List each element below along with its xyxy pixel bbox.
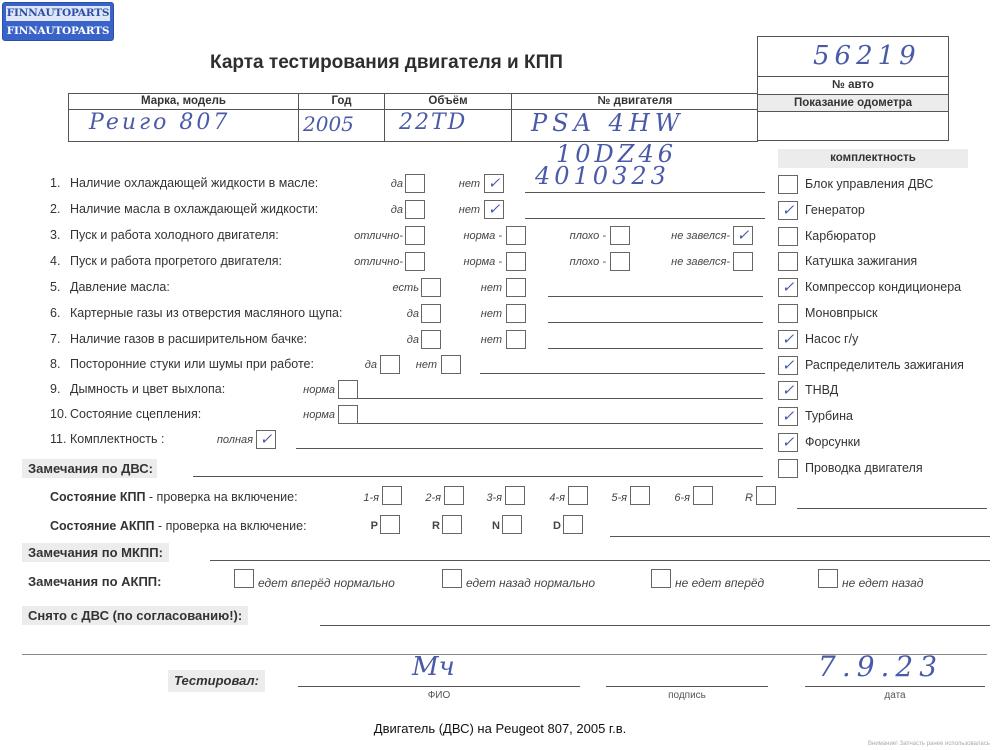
date-line — [805, 686, 985, 687]
option-label: норма - — [463, 256, 502, 268]
removed-line[interactable] — [320, 625, 990, 626]
check-mark-icon: ✓ — [257, 431, 275, 448]
checkbox-3-2[interactable] — [506, 226, 526, 245]
checkbox-6-2[interactable] — [506, 304, 526, 323]
name-line — [298, 686, 580, 687]
remarks-engine-line[interactable] — [193, 476, 763, 477]
option-label: плохо - — [570, 230, 606, 242]
tested-by-name[interactable]: Мч — [412, 652, 455, 682]
option-label: нет — [459, 204, 480, 216]
checkbox-3-3[interactable] — [610, 226, 630, 245]
option-label: не завелся- — [671, 256, 730, 268]
gear-label: 5-я — [611, 492, 627, 504]
completeness-item-label: Форсунки — [805, 435, 860, 449]
checklist-row-label: Посторонние стуки или шумы при работе: — [70, 357, 314, 371]
gear-label: 4-я — [549, 492, 565, 504]
logo-line-1: FINNAUTOPARTS — [6, 6, 110, 21]
auto-gearbox-label-rest: - проверка на включение: — [154, 519, 306, 533]
checkbox-1-2[interactable]: ✓ — [484, 174, 504, 193]
name-caption: ФИО — [298, 690, 580, 701]
notes-line[interactable] — [358, 423, 763, 424]
completeness-checkbox[interactable] — [778, 175, 798, 194]
notes-line[interactable] — [525, 192, 765, 193]
check-mark-icon: ✓ — [779, 279, 797, 296]
manual-gear-checkbox[interactable] — [444, 486, 464, 505]
completeness-checkbox[interactable] — [778, 459, 798, 478]
checklist-row-number: 4. — [50, 254, 60, 268]
option-label: отлично- — [354, 256, 403, 268]
manual-gear-checkbox[interactable] — [382, 486, 402, 505]
checkbox-5-1[interactable] — [421, 278, 441, 297]
gear-label: 2-я — [425, 492, 441, 504]
auto-gear-checkbox[interactable] — [563, 515, 583, 534]
checkbox-7-1[interactable] — [421, 330, 441, 349]
checklist-row-number: 1. — [50, 176, 60, 190]
option-label: есть — [393, 282, 419, 294]
completeness-checkbox[interactable]: ✓ — [778, 330, 798, 349]
checklist-row-number: 5. — [50, 280, 60, 294]
option-label: норма — [303, 384, 335, 396]
image-caption: Двигатель (ДВС) на Peugeot 807, 2005 г.в… — [0, 721, 1000, 736]
option-label: нет — [481, 282, 502, 294]
completeness-checkbox[interactable]: ✓ — [778, 381, 798, 400]
completeness-checkbox[interactable]: ✓ — [778, 407, 798, 426]
checklist-row-label: Пуск и работа холодного двигателя: — [70, 228, 279, 242]
notes-line[interactable] — [548, 296, 763, 297]
manual-gearbox-label-rest: - проверка на включение: — [145, 490, 297, 504]
check-mark-icon: ✓ — [734, 227, 752, 244]
option-label: норма - — [463, 230, 502, 242]
checkbox-4-1[interactable] — [405, 252, 425, 271]
option-label: нет — [416, 359, 437, 371]
checkbox-3-1[interactable] — [405, 226, 425, 245]
watermark-text: Внимание! Запчасть ранее использовалась — [868, 741, 990, 747]
gear-label: 1-я — [363, 492, 379, 504]
col-header-year: Год — [299, 95, 384, 107]
signature-line[interactable] — [606, 686, 768, 687]
checklist-row-number: 2. — [50, 202, 60, 216]
remarks-manual-label: Замечания по МКПП: — [22, 543, 169, 562]
completeness-item-label: Карбюратор — [805, 229, 876, 243]
auto-gear-checkbox[interactable] — [442, 515, 462, 534]
tested-by-label-bg: Тестировал: — [168, 670, 265, 692]
completeness-checkbox[interactable] — [778, 227, 798, 246]
finnautoparts-logo: FINNAUTOPARTS FINNAUTOPARTS — [2, 2, 114, 41]
completeness-checkbox[interactable]: ✓ — [778, 201, 798, 220]
auto-number-box: 56219 № авто Показание одометра — [757, 36, 949, 141]
option-label: норма — [303, 409, 335, 421]
checklist-row-label: Комплектность : — [70, 432, 164, 446]
date-caption: дата — [805, 690, 985, 701]
checkbox-11-1[interactable]: ✓ — [256, 430, 276, 449]
manual-gear-checkbox[interactable] — [505, 486, 525, 505]
checkbox-8-2[interactable] — [441, 355, 461, 374]
option-label: нет — [481, 308, 502, 320]
checkbox-3-4[interactable]: ✓ — [733, 226, 753, 245]
option-label: полная — [217, 434, 253, 446]
manual-gear-checkbox[interactable] — [693, 486, 713, 505]
auto-remark-checkbox[interactable] — [818, 569, 838, 588]
engine-number-extra-2: 4010323 — [535, 162, 670, 190]
col-header-make-model: Марка, модель — [69, 95, 298, 107]
option-label: да — [391, 204, 403, 216]
completeness-item-label: Катушка зажигания — [805, 254, 917, 268]
check-mark-icon: ✓ — [779, 434, 797, 451]
gear-label: R — [432, 520, 440, 532]
checklist-row-number: 8. — [50, 357, 60, 371]
option-label: отлично- — [354, 230, 403, 242]
gear-label: P — [371, 520, 378, 532]
checkbox-4-2[interactable] — [506, 252, 526, 271]
completeness-checkbox[interactable]: ✓ — [778, 356, 798, 375]
checkbox-2-2[interactable]: ✓ — [484, 200, 504, 219]
auto-gearbox-label-bold: Состояние АКПП — [50, 519, 154, 533]
completeness-item-label: Проводка двигателя — [805, 461, 923, 475]
completeness-item-label: ТНВД — [805, 383, 838, 397]
auto-gearbox-line — [610, 536, 990, 537]
signature-caption: подпись — [606, 690, 768, 701]
notes-line[interactable] — [296, 448, 763, 449]
manual-gear-checkbox[interactable] — [756, 486, 776, 505]
checklist-row-label: Дымность и цвет выхлопа: — [70, 382, 225, 396]
remarks-engine-label: Замечания по ДВС: — [22, 459, 157, 478]
completeness-item-label: Моновпрыск — [805, 306, 877, 320]
completeness-checkbox[interactable] — [778, 304, 798, 323]
check-mark-icon: ✓ — [779, 408, 797, 425]
checkbox-7-2[interactable] — [506, 330, 526, 349]
odometer-label: Показание одометра — [758, 95, 948, 111]
completeness-item-label: Распределитель зажигания — [805, 358, 964, 372]
completeness-item-label: Генератор — [805, 203, 865, 217]
col-header-volume: Объём — [385, 95, 511, 107]
check-mark-icon: ✓ — [485, 175, 503, 192]
auto-remark-checkbox[interactable] — [234, 569, 254, 588]
completeness-checkbox[interactable]: ✓ — [778, 278, 798, 297]
notes-line[interactable] — [548, 322, 763, 323]
year-value[interactable]: 2005 — [303, 112, 354, 136]
col-header-engine-number: № двигателя — [512, 95, 758, 107]
checklist-row-label: Картерные газы из отверстия масляного щу… — [70, 306, 342, 320]
checkbox-6-1[interactable] — [421, 304, 441, 323]
checklist-row-number: 11. — [50, 432, 66, 446]
remarks-manual-line[interactable] — [210, 560, 990, 561]
gear-label: R — [745, 492, 753, 504]
checklist-row-number: 6. — [50, 306, 60, 320]
manual-gearbox-line — [797, 508, 987, 509]
manual-gear-checkbox[interactable] — [630, 486, 650, 505]
auto-number-label: № авто — [758, 79, 948, 91]
gear-label: D — [553, 520, 561, 532]
completeness-item-label: Компрессор кондиционера — [805, 280, 961, 294]
manual-gear-checkbox[interactable] — [568, 486, 588, 505]
completeness-item-label: Блок управления ДВС — [805, 177, 933, 191]
option-label: да — [365, 359, 377, 371]
check-mark-icon: ✓ — [779, 382, 797, 399]
auto-remark-label: не едет вперёд — [675, 576, 764, 590]
manual-gearbox-label-bold: Состояние КПП — [50, 490, 145, 504]
option-label: нет — [481, 334, 502, 346]
checklist-row-number: 10. — [50, 407, 67, 421]
odometer-value[interactable] — [764, 115, 942, 137]
option-label: не завелся- — [671, 230, 730, 242]
checkbox-2-1[interactable] — [405, 200, 425, 219]
manual-gearbox-label: Состояние КПП - проверка на включение: — [50, 490, 298, 504]
checklist-row-label: Пуск и работа прогретого двигателя: — [70, 254, 282, 268]
vehicle-header-table: Марка, модель Год Объём № двигателя Peиг… — [68, 93, 758, 142]
gear-label: 3-я — [486, 492, 502, 504]
auto-gear-checkbox[interactable] — [502, 515, 522, 534]
checkbox-1-1[interactable] — [405, 174, 425, 193]
check-mark-icon: ✓ — [779, 357, 797, 374]
auto-remark-label: не едет назад — [842, 576, 923, 590]
completeness-item-label: Насос г/у — [805, 332, 858, 346]
option-label: нет — [459, 178, 480, 190]
date-value[interactable]: 7.9.23 — [818, 650, 943, 683]
notes-line[interactable] — [358, 398, 763, 399]
option-label: да — [407, 308, 419, 320]
completeness-item-label: Турбина — [805, 409, 853, 423]
checklist-row-label: Наличие охлаждающей жидкости в масле: — [70, 176, 318, 190]
checkbox-4-3[interactable] — [610, 252, 630, 271]
auto-number-value: 56219 — [813, 41, 921, 71]
tested-by-label: Тестировал: — [174, 673, 259, 688]
auto-gearbox-label: Состояние АКПП - проверка на включение: — [50, 519, 307, 533]
option-label: да — [407, 334, 419, 346]
auto-remark-label: едет вперёд нормально — [258, 576, 395, 590]
remarks-auto-label: Замечания по АКПП: — [28, 574, 161, 589]
notes-line[interactable] — [480, 373, 765, 374]
removed-label: Снято с ДВС (по согласованию!): — [22, 606, 248, 625]
checklist-row-number: 7. — [50, 332, 60, 346]
check-mark-icon: ✓ — [779, 331, 797, 348]
engine-number-value[interactable]: PSA 4HW — [531, 109, 684, 137]
notes-line[interactable] — [548, 348, 763, 349]
checkbox-9-1[interactable] — [338, 380, 358, 399]
checkbox-5-2[interactable] — [506, 278, 526, 297]
checkbox-10-1[interactable] — [338, 405, 358, 424]
check-mark-icon: ✓ — [779, 202, 797, 219]
notes-line[interactable] — [525, 218, 765, 219]
auto-remark-label: едет назад нормально — [466, 576, 595, 590]
make-model-value[interactable]: Peиго 807 — [89, 110, 230, 135]
completeness-checkbox[interactable] — [778, 252, 798, 271]
checkbox-8-1[interactable] — [380, 355, 400, 374]
volume-value[interactable]: 22TD — [399, 110, 467, 135]
checklist-row-label: Состояние сцепления: — [70, 407, 201, 421]
option-label: да — [391, 178, 403, 190]
page-title: Карта тестирования двигателя и КПП — [210, 52, 563, 74]
checkbox-4-4[interactable] — [733, 252, 753, 271]
checklist-row-label: Наличие газов в расширительном бачке: — [70, 332, 307, 346]
logo-line-2: FINNAUTOPARTS — [3, 24, 113, 38]
completeness-title: комплектность — [778, 149, 968, 168]
checklist-row-number: 9. — [50, 382, 60, 396]
auto-gear-checkbox[interactable] — [380, 515, 400, 534]
checklist-row-label: Давление масла: — [70, 280, 170, 294]
checklist-row-label: Наличие масла в охлаждающей жидкости: — [70, 202, 318, 216]
option-label: плохо - — [570, 256, 606, 268]
completeness-checkbox[interactable]: ✓ — [778, 433, 798, 452]
auto-remark-checkbox[interactable] — [651, 569, 671, 588]
gear-label: 6-я — [674, 492, 690, 504]
checklist-row-number: 3. — [50, 228, 60, 242]
gear-label: N — [492, 520, 500, 532]
check-mark-icon: ✓ — [485, 201, 503, 218]
auto-remark-checkbox[interactable] — [442, 569, 462, 588]
